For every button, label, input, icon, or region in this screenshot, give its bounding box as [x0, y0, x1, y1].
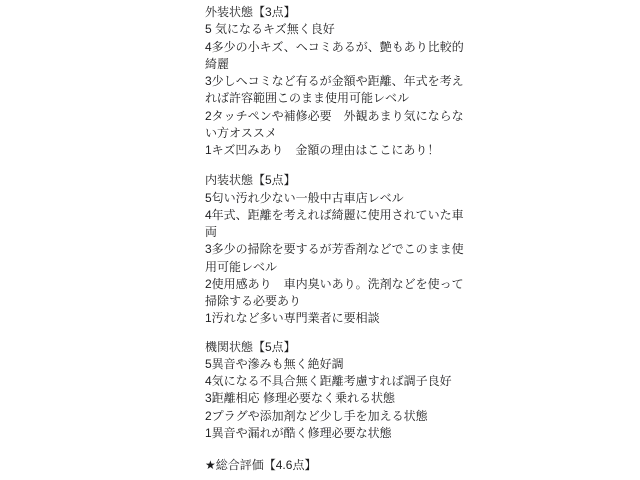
rating-line: 1異音や漏れが酷く修理必要な状態 — [205, 425, 485, 442]
rating-line: 5匂い汚れ少ない一般中古車店レベル — [205, 190, 485, 207]
vehicle-condition-text: 外装状態【3点】5 気になるキズ無く良好4多少の小キズ、ヘコミあるが、艶もあり比… — [205, 4, 485, 474]
rating-line: 2使用感あり 車内臭いあり。洗剤などを使って — [205, 276, 485, 293]
rating-line: 4多少の小キズ、ヘコミあるが、艶もあり比較的 — [205, 39, 485, 56]
rating-line: 綺麗 — [205, 56, 485, 73]
section-overall-rating: ★総合評価【4.6点】 — [205, 457, 485, 474]
rating-line: 3多少の掃除を要するが芳香剤などでこのまま使 — [205, 241, 485, 258]
rating-line: い方オススメ — [205, 125, 485, 142]
rating-line: 2タッチペンや補修必要 外観あまり気にならな — [205, 108, 485, 125]
section-mechanical-condition: 機関状態【5点】5異音や滲みも無く絶好調4気になる不具合無く距離考慮すれば調子良… — [205, 339, 485, 443]
section-title: 外装状態【3点】 — [205, 4, 485, 21]
rating-line: れば許容範囲このまま使用可能レベル — [205, 90, 485, 107]
rating-line: 1キズ凹みあり 金額の理由はここにあり！ — [205, 142, 485, 159]
section-exterior-condition: 外装状態【3点】5 気になるキズ無く良好4多少の小キズ、ヘコミあるが、艶もあり比… — [205, 4, 485, 159]
section-title: 機関状態【5点】 — [205, 339, 485, 356]
rating-line: 2プラグや添加剤など少し手を加える状態 — [205, 408, 485, 425]
rating-line: 3少しヘコミなど有るが金額や距離、年式を考え — [205, 73, 485, 90]
rating-line: 4年式、距離を考えれば綺麗に使用されていた車 — [205, 207, 485, 224]
rating-line: 用可能レベル — [205, 259, 485, 276]
section-interior-condition: 内装状態【5点】5匂い汚れ少ない一般中古車店レベル4年式、距離を考えれば綺麗に使… — [205, 172, 485, 327]
rating-line: 3距離相応 修理必要なく乗れる状態 — [205, 390, 485, 407]
rating-line: 5 気になるキズ無く良好 — [205, 21, 485, 38]
rating-line: 5異音や滲みも無く絶好調 — [205, 356, 485, 373]
rating-line: 両 — [205, 224, 485, 241]
rating-line: 1汚れなど多い専門業者に要相談 — [205, 310, 485, 327]
page: 外装状態【3点】5 気になるキズ無く良好4多少の小キズ、ヘコミあるが、艶もあり比… — [0, 0, 640, 480]
section-title: 内装状態【5点】 — [205, 172, 485, 189]
section-title: ★総合評価【4.6点】 — [205, 457, 485, 474]
rating-line: 掃除する必要あり — [205, 293, 485, 310]
rating-line: 4気になる不具合無く距離考慮すれば調子良好 — [205, 373, 485, 390]
